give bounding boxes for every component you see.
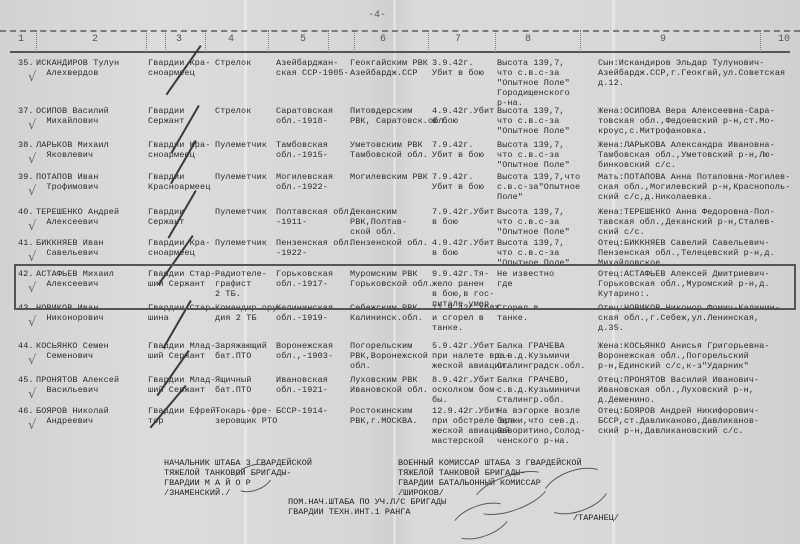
cell-num: 44.	[18, 341, 34, 351]
cell-name: БИККНЯЕВ Иван Савельевич	[36, 238, 104, 258]
column-number: 4	[228, 34, 234, 45]
cell-date-cause: 7.9.42г. Убит в бою	[432, 172, 484, 192]
cell-conscripted: Погорельским РВК,Воронежской обл.	[350, 341, 428, 371]
cell-conscripted: Геокгайским РВК Азейбардж.ССР	[350, 58, 428, 78]
cell-burial: Высота 139,7, что с.в.с-за "Опытное Поле…	[497, 58, 570, 108]
check-mark-icon: √	[28, 418, 36, 433]
cell-date-cause: 8.9.42г.Убит осколком бом- бы.	[432, 375, 500, 405]
column-separator	[36, 30, 37, 52]
cell-birthplace: Тамбовская обл.-1915-	[276, 140, 328, 160]
check-mark-icon: √	[28, 184, 36, 199]
column-number: 3	[176, 34, 182, 45]
check-mark-icon: √	[28, 387, 36, 402]
cell-rank: Гвардии Красноармеец	[148, 172, 210, 192]
cell-relatives: Жена:КОСЬЯНКО Анисья Григорьевна- Вороне…	[598, 341, 770, 371]
cell-relatives: Жена:ЛАРЬКОВА Александра Ивановна- Тамбо…	[598, 140, 775, 170]
column-separator	[328, 30, 329, 52]
cell-num: 46.	[18, 406, 34, 416]
check-mark-icon: √	[28, 315, 36, 330]
cell-conscripted: Могилевским РВК	[350, 172, 428, 182]
cell-name: ИСКАНДИРОВ Тулун Алехвердов	[36, 58, 119, 78]
cell-num: 35.	[18, 58, 34, 68]
cell-num: 45.	[18, 375, 34, 385]
scanned-document-page: -4- 12345678910 35.ИСКАНДИРОВ Тулун Алех…	[0, 0, 800, 544]
cell-relatives: Мать:ПОТАПОВА Анна Потаповна-Могилев- ск…	[598, 172, 790, 202]
check-mark-icon: √	[28, 70, 36, 85]
cell-conscripted: Пензенской обл.	[350, 238, 428, 248]
cell-name: ПОТАПОВ Иван Трофимович	[36, 172, 98, 192]
cell-name: ПРОНЯТОВ Алексей Васильевич	[36, 375, 119, 395]
cell-position: Пулеметчик	[215, 172, 267, 182]
cell-conscripted: Луховским РВК Ивановской обл.	[350, 375, 428, 395]
page-number: -4-	[368, 10, 386, 21]
cell-birthplace: Азейбарджан- ская ССР-1905-	[276, 58, 349, 78]
cell-num: 39.	[18, 172, 34, 182]
column-separator	[146, 30, 147, 52]
column-number: 8	[525, 34, 531, 45]
cell-burial: Высота 139,7, что с.в.с-за "Опытное Поле…	[497, 106, 570, 136]
cell-burial: На вэгорке возле балки,что сев.д. Завори…	[497, 406, 585, 446]
cell-position: Ящичный бат.ПТО	[215, 375, 251, 395]
check-mark-icon: √	[28, 219, 36, 234]
cell-birthplace: Ивановская обл.-1921-	[276, 375, 328, 395]
column-number: 10	[778, 34, 790, 45]
cell-position: Токарь-фре- зеровщик РТО	[215, 406, 277, 426]
cell-position: Заряжающий бат.ПТО	[215, 341, 267, 361]
cell-birthplace: Воронежская обл.,-1903-	[276, 341, 333, 361]
cell-num: 38.	[18, 140, 34, 150]
cell-relatives: Отец:БОЯРОВ Андрей Никифорович- БССР,ст.…	[598, 406, 759, 436]
cell-birthplace: Полтавская обл. -1911-	[276, 207, 354, 227]
column-separator	[165, 30, 166, 52]
cell-relatives: Сын:Искандиров Эльдар Тулунович- Азейбар…	[598, 58, 785, 88]
column-number: 1	[18, 34, 24, 45]
cell-position: Стрелок	[215, 58, 251, 68]
cell-rank: Гвардии Сержант	[148, 106, 184, 126]
header-rule	[10, 51, 790, 53]
cell-relatives: Жена:ОСИПОВА Вера Алексеевна-Сара- товск…	[598, 106, 775, 136]
cell-burial: Балка ГРАЧЕВО, с.в.д.Кузьминичи Сталингр…	[497, 375, 580, 405]
column-separator	[495, 30, 496, 52]
column-number: 6	[380, 34, 386, 45]
highlighted-row-box	[14, 264, 796, 310]
cell-birthplace: Саратовская обл.-1918-	[276, 106, 333, 126]
cell-date-cause: 4.9.42г.Убит в бою	[432, 106, 494, 126]
column-separator	[354, 30, 355, 52]
check-mark-icon: √	[28, 250, 36, 265]
cell-num: 40.	[18, 207, 34, 217]
cell-birthplace: БССР-1914-	[276, 406, 328, 416]
cell-position: Стрелок	[215, 106, 251, 116]
cell-position: Пулеметчик	[215, 207, 267, 217]
cell-name: ОСИПОВ Василий Михайлович	[36, 106, 109, 126]
check-mark-icon: √	[28, 353, 36, 368]
cell-name: КОСЬЯНКО Семен Семенович	[36, 341, 109, 361]
cell-date-cause: 7.9.42г. Убит в бою	[432, 140, 484, 160]
column-number: 9	[660, 34, 666, 45]
cell-position: Пулеметчик	[215, 140, 267, 150]
cell-conscripted: Уметовским РВК Тамбовской обл.	[350, 140, 428, 160]
cell-rank: Гвардии Кра- сноармеец	[148, 140, 210, 160]
check-mark-icon: √	[28, 152, 36, 167]
cell-conscripted: Деканским РВК,Полтав- ской обл.	[350, 207, 407, 237]
cell-name: БОЯРОВ Николай Андреевич	[36, 406, 109, 426]
cell-burial: Высота 139,7,что с.в.с-за"Опытное Поле"	[497, 172, 580, 202]
cell-birthplace: Пензенская обл. -1922-	[276, 238, 354, 258]
column-separator	[428, 30, 429, 52]
check-mark-icon: √	[28, 118, 36, 133]
column-separator	[760, 30, 761, 52]
cell-relatives: Отец:ПРОНЯТОВ Василий Иванович- Ивановск…	[598, 375, 759, 405]
cell-name: ЛАРЬКОВ Михаил Яковлевич	[36, 140, 109, 160]
cell-name: ТЕРЕШЕНКО Андрей Алексеевич	[36, 207, 119, 227]
cell-num: 41.	[18, 238, 34, 248]
cell-conscripted: Ростокинским РВК,г.МОСКВА.	[350, 406, 418, 426]
column-number: 7	[455, 34, 461, 45]
cell-position: Пулеметчик	[215, 238, 267, 248]
cell-relatives: Жена:ТЕРЕШЕНКО Анна Федоровна-Пол- тавск…	[598, 207, 775, 237]
column-separator	[268, 30, 269, 52]
cell-birthplace: Могилевская обл.-1922-	[276, 172, 333, 192]
cell-num: 37.	[18, 106, 34, 116]
assistant-signature: ПОМ.НАЧ.ШТАБА ПО УЧ.Л/С БРИГАДЫ ГВАРДИИ …	[288, 497, 446, 517]
column-number: 5	[300, 34, 306, 45]
cell-date-cause: 3.9.42г. Убит в бою	[432, 58, 484, 78]
column-separator	[580, 30, 581, 52]
column-separator	[205, 30, 206, 52]
column-number: 2	[92, 34, 98, 45]
cell-burial: Высота 139,7, что с.в.с-за "Опытное Поле…	[497, 207, 570, 237]
cell-burial: Балка ГРАЧЕВА с.в.д.Кузьмичи Сталинградс…	[497, 341, 585, 371]
assistant-name: /ТАРАНЕЦ/	[573, 513, 619, 523]
cell-date-cause: 4.9.42г.Убит в бою	[432, 238, 494, 258]
cell-date-cause: 7.9.42г.Убит в бою	[432, 207, 494, 227]
header-rule	[0, 30, 800, 32]
cell-burial: Высота 139,7, что с.в.с-за "Опытное Поле…	[497, 140, 570, 170]
